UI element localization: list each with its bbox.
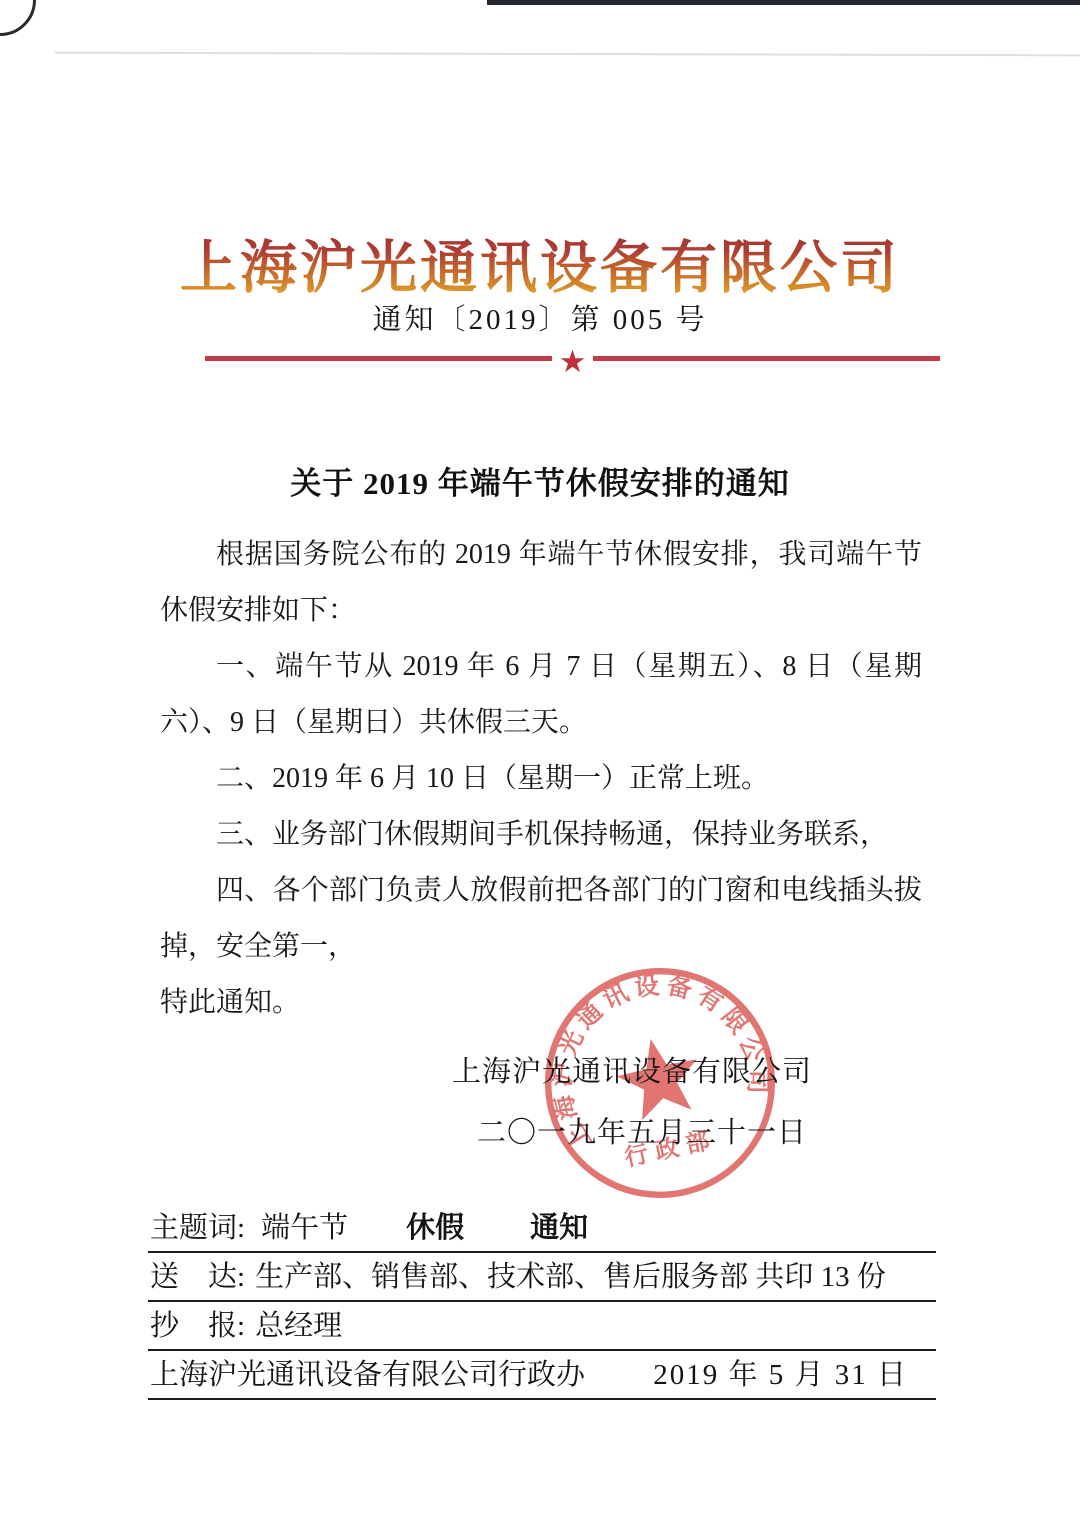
delivery-label: 送 达:: [150, 1259, 245, 1295]
copy-value: 总经理: [255, 1308, 342, 1344]
topic-item: 休假: [406, 1210, 464, 1246]
doc-number: 通知〔2019〕第 005 号: [0, 297, 1080, 338]
signature-company: 上海沪光通讯设备有限公司: [452, 1049, 812, 1090]
scan-edge-artifact: [487, 0, 1080, 5]
topic-label: 主题词:: [150, 1210, 245, 1246]
topic-item: 通知: [530, 1210, 588, 1246]
body-paragraph: 二、2019 年 6 月 10 日（星期一）正常上班。: [160, 751, 922, 807]
notice-title: 关于 2019 年端午节休假安排的通知: [0, 458, 1080, 503]
topic-item: 端午节: [261, 1210, 348, 1246]
document-footer: 主题词: 端午节 休假 通知 送 达: 生产部、销售部、技术部、售后服务部 共印…: [148, 1204, 936, 1400]
body-paragraph: 三、业务部门休假期间手机保持畅通，保持业务联系，: [160, 807, 922, 863]
footer-row-copy: 抄 报: 总经理: [148, 1302, 936, 1351]
star-icon: ★: [559, 346, 587, 377]
body-paragraph: 四、各个部门负责人放假前把各部门的门窗和电线插头拔掉，安全第一，: [160, 863, 922, 975]
delivery-value: 生产部、销售部、技术部、售后服务部 共印 13 份: [255, 1259, 886, 1295]
divider-line-right: [593, 356, 940, 361]
red-divider: ★: [205, 343, 940, 374]
scan-line-artifact: [55, 52, 1080, 57]
issuer-date: 2019 年 5 月 31 日: [653, 1357, 908, 1393]
body-paragraph: 一、端午节从 2019 年 6 月 7 日（星期五）、8 日（星期六）、9 日（…: [160, 639, 922, 751]
scan-corner-artifact: [0, 0, 36, 36]
notice-body: 根据国务院公布的 2019 年端午节休假安排，我司端午节休假安排如下： 一、端午…: [160, 527, 922, 1031]
footer-row-topic: 主题词: 端午节 休假 通知: [148, 1204, 936, 1253]
signature-date: 二〇一九年五月三十一日: [477, 1110, 807, 1151]
body-paragraph: 根据国务院公布的 2019 年端午节休假安排，我司端午节休假安排如下：: [160, 527, 922, 639]
footer-row-delivery: 送 达: 生产部、销售部、技术部、售后服务部 共印 13 份: [148, 1253, 936, 1302]
divider-line-left: [205, 356, 552, 361]
issuer-office: 上海沪光通讯设备有限公司行政办: [150, 1357, 585, 1393]
copy-label: 抄 报:: [150, 1308, 245, 1344]
footer-row-issuer: 上海沪光通讯设备有限公司行政办 2019 年 5 月 31 日: [148, 1351, 936, 1400]
company-letterhead: 上海沪光通讯设备有限公司: [0, 222, 1080, 304]
